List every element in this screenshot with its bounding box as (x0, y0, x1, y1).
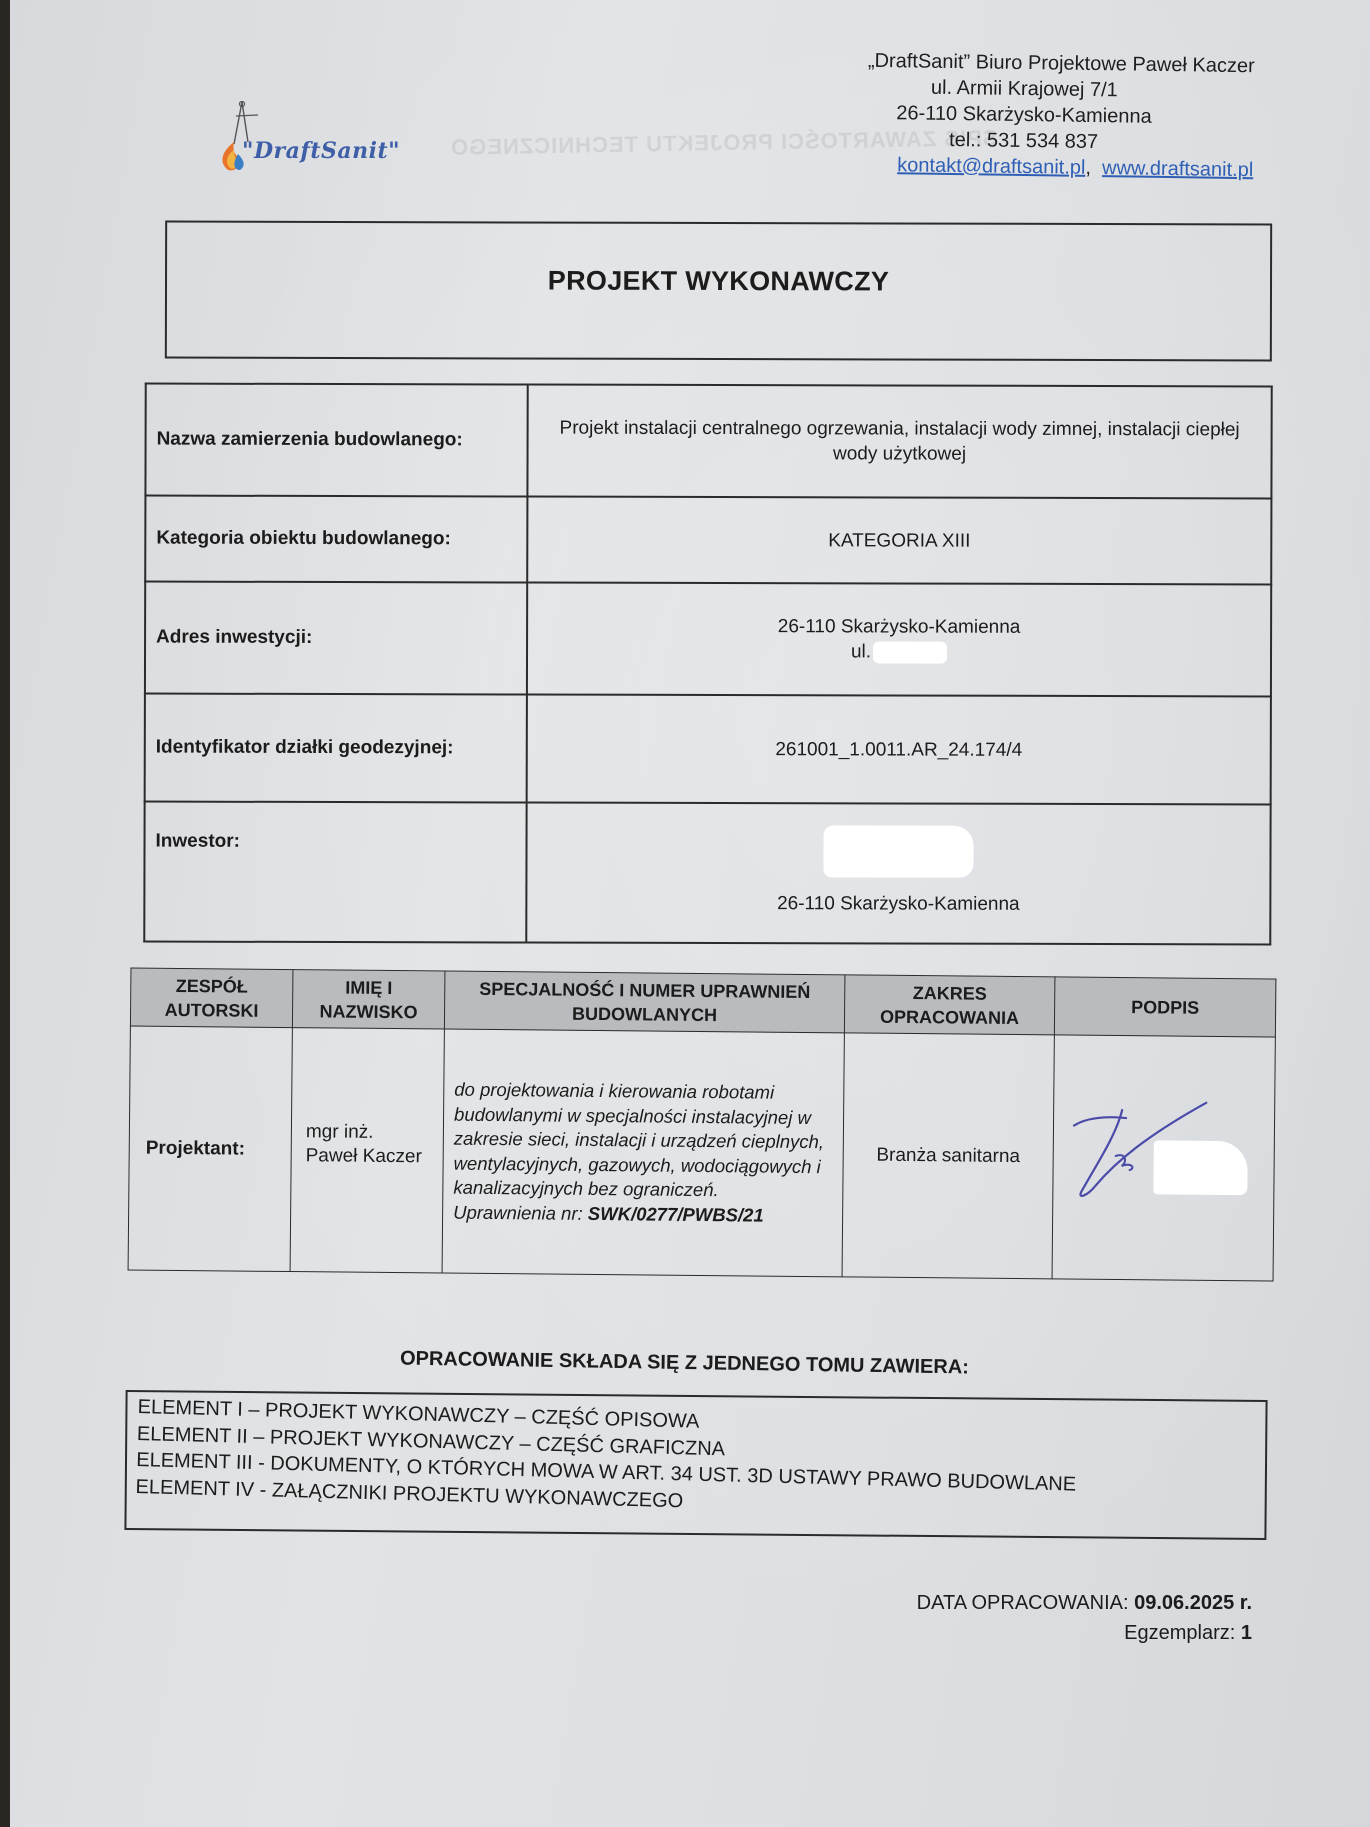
document-title: PROJEKT WYKONAWCZY (548, 265, 890, 297)
preparation-date: DATA OPRACOWANIA: 09.06.2025 r. (917, 1588, 1252, 1618)
column-header: PODPIS (1054, 977, 1276, 1037)
license-label: Uprawnienia nr: (453, 1201, 583, 1223)
redacted-investor (823, 825, 973, 877)
license-number: SWK/0277/PWBS/21 (588, 1202, 764, 1225)
copy-label: Egzemplarz: (1124, 1622, 1235, 1644)
info-value: 26-110 Skarżysko-Kamienna ul. (527, 583, 1271, 697)
author-fullname: Paweł Kaczer (306, 1144, 443, 1169)
table-row: Kategoria obiektu budowlanego: KATEGORIA… (145, 496, 1271, 585)
author-name: mgr inż. Paweł Kaczer (290, 1028, 444, 1273)
specialty-text: do projektowania i kierowania robotami b… (453, 1078, 833, 1204)
investor-city: 26-110 Skarżysko-Kamienna (547, 891, 1249, 918)
table-row: Identyfikator działki geodezyjnej: 26100… (145, 694, 1271, 805)
info-value: 26-110 Skarżysko-Kamienna (526, 803, 1270, 945)
info-label: Inwestor: (144, 802, 526, 943)
table-row: Projektant: mgr inż. Paweł Kaczer do pro… (128, 1026, 1275, 1281)
table-header-row: ZESPÓŁ AUTORSKI IMIĘ I NAZWISKO SPECJALN… (130, 968, 1276, 1037)
company-logo: "DraftSanit" (210, 98, 390, 178)
copy-value: 1 (1241, 1622, 1252, 1644)
project-info-table: Nazwa zamierzenia budowlanego: Projekt i… (143, 383, 1272, 946)
website-link[interactable]: www.draftsanit.pl (1102, 157, 1253, 181)
table-row: Inwestor: 26-110 Skarżysko-Kamienna (144, 802, 1270, 945)
table-row: Adres inwestycji: 26-110 Skarżysko-Kamie… (145, 582, 1271, 697)
address-street: ul. (548, 639, 1250, 666)
author-title: mgr inż. (306, 1120, 443, 1145)
author-scope: Branża sanitarna (842, 1033, 1054, 1279)
table-row: Nazwa zamierzenia budowlanego: Projekt i… (145, 384, 1271, 499)
volume-heading: OPRACOWANIE SKŁADA SIĘ Z JEDNEGO TOMU ZA… (400, 1348, 969, 1380)
redacted-street (873, 641, 947, 663)
email-link[interactable]: kontakt@draftsanit.pl (897, 154, 1085, 179)
street-prefix: ul. (851, 641, 871, 662)
column-header: SPECJALNOŚĆ I NUMER UPRAWNIEŃ BUDOWLANYC… (444, 971, 845, 1033)
link-separator: , (1085, 157, 1091, 179)
company-header: „DraftSanit” Biuro Projektowe Paweł Kacz… (793, 47, 1255, 183)
authors-table: ZESPÓŁ AUTORSKI IMIĘ I NAZWISKO SPECJALN… (128, 968, 1277, 1282)
author-specialty: do projektowania i kierowania robotami b… (442, 1029, 844, 1277)
license: Uprawnienia nr: SWK/0277/PWBS/21 (453, 1200, 832, 1228)
column-header: IMIĘ I NAZWISKO (292, 970, 445, 1029)
logo-text: "DraftSanit" (242, 138, 400, 164)
info-label: Nazwa zamierzenia budowlanego: (145, 384, 527, 497)
info-value: Projekt instalacji centralnego ogrzewani… (527, 385, 1271, 499)
date-value: 09.06.2025 r. (1134, 1592, 1252, 1614)
info-value: KATEGORIA XIII (527, 497, 1271, 585)
date-label: DATA OPRACOWANIA: (917, 1592, 1129, 1614)
info-label: Identyfikator działki geodezyjnej: (145, 694, 527, 803)
column-header: ZAKRES OPRACOWANIA (844, 975, 1055, 1035)
address-city: 26-110 Skarżysko-Kamienna (548, 614, 1250, 641)
info-label: Adres inwestycji: (145, 582, 527, 695)
copy-number: Egzemplarz: 1 (917, 1618, 1252, 1648)
title-box: PROJEKT WYKONAWCZY (165, 221, 1272, 362)
document-page: SPIS ZAWARTOŚCI PROJEKTU TECHNICZNEGO "D… (10, 0, 1370, 1827)
signature-cell (1052, 1035, 1275, 1281)
info-label: Kategoria obiektu budowlanego: (145, 496, 527, 583)
redacted-signature (1153, 1140, 1248, 1195)
info-value: 261001_1.0011.AR_24.174/4 (527, 695, 1271, 805)
company-links: kontakt@draftsanit.pl, www.draftsanit.pl (793, 151, 1253, 183)
author-role: Projektant: (128, 1026, 292, 1272)
column-header: ZESPÓŁ AUTORSKI (130, 968, 293, 1028)
document-footer: DATA OPRACOWANIA: 09.06.2025 r. Egzempla… (917, 1588, 1252, 1648)
